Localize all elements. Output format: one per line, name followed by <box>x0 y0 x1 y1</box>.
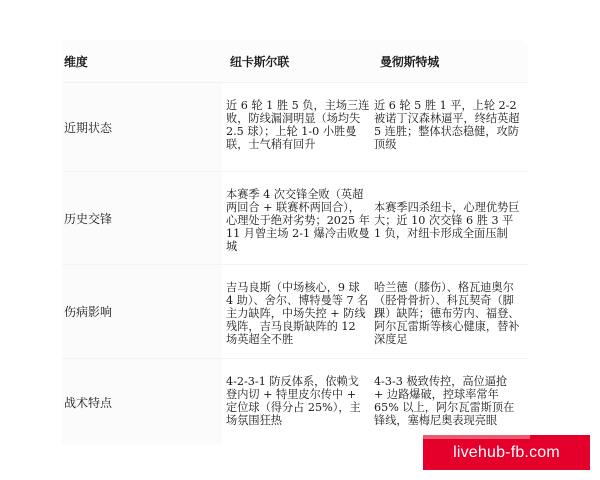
row-label: 历史交锋 <box>62 172 222 264</box>
row-label: 战术特点 <box>62 359 222 445</box>
row-label: 近期状态 <box>62 83 222 171</box>
newcastle-cell: 本赛季 4 次交锋全败（英超两回合 + 联赛杯两回合），心理处于绝对劣势；202… <box>222 172 372 264</box>
mancity-cell: 近 6 轮 5 胜 1 平，上轮 2-2 被诺丁汉森林逼平，终结英超 5 连胜；… <box>372 83 528 171</box>
mancity-cell: 本赛季四杀纽卡，心理优势巨大；近 10 次交锋 6 胜 3 平 1 负，对纽卡形… <box>372 172 528 264</box>
watermark-badge: livehub-fb.com <box>423 435 590 470</box>
mancity-cell: 哈兰德（膝伤）、格瓦迪奥尔（胫骨骨折）、科瓦契奇（脚踝）缺阵；德布劳内、福登、阿… <box>372 265 528 358</box>
table-row-tactics: 战术特点 4-2-3-1 防反体系，依赖戈登内切 + 特里皮尔传中 + 定位球（… <box>62 359 528 445</box>
newcastle-cell: 4-2-3-1 防反体系，依赖戈登内切 + 特里皮尔传中 + 定位球（得分占 2… <box>222 359 372 445</box>
header-mancity: 曼彻斯特城 <box>372 40 528 82</box>
table-row-injuries: 伤病影响 吉马良斯（中场核心，9 球 4 助）、舍尔、博特曼等 7 名主力缺阵，… <box>62 265 528 359</box>
header-newcastle: 纽卡斯尔联 <box>222 40 372 82</box>
row-label: 伤病影响 <box>62 265 222 358</box>
header-dimension: 维度 <box>62 40 222 82</box>
table-row-head-to-head: 历史交锋 本赛季 4 次交锋全败（英超两回合 + 联赛杯两回合），心理处于绝对劣… <box>62 172 528 265</box>
newcastle-cell: 近 6 轮 1 胜 5 负，主场三连败，防线漏洞明显（场均失 2.5 球）；上轮… <box>222 83 372 171</box>
comparison-table: 维度 纽卡斯尔联 曼彻斯特城 近期状态 近 6 轮 1 胜 5 负，主场三连败，… <box>62 40 528 445</box>
table-row-recent-form: 近期状态 近 6 轮 1 胜 5 负，主场三连败，防线漏洞明显（场均失 2.5 … <box>62 83 528 172</box>
newcastle-cell: 吉马良斯（中场核心，9 球 4 助）、舍尔、博特曼等 7 名主力缺阵，中场失控 … <box>222 265 372 358</box>
table-header-row: 维度 纽卡斯尔联 曼彻斯特城 <box>62 40 528 83</box>
mancity-cell: 4-3-3 极致传控，高位逼抢 + 边路爆破，控球率常年 65% 以上，阿尔瓦雷… <box>372 359 528 445</box>
